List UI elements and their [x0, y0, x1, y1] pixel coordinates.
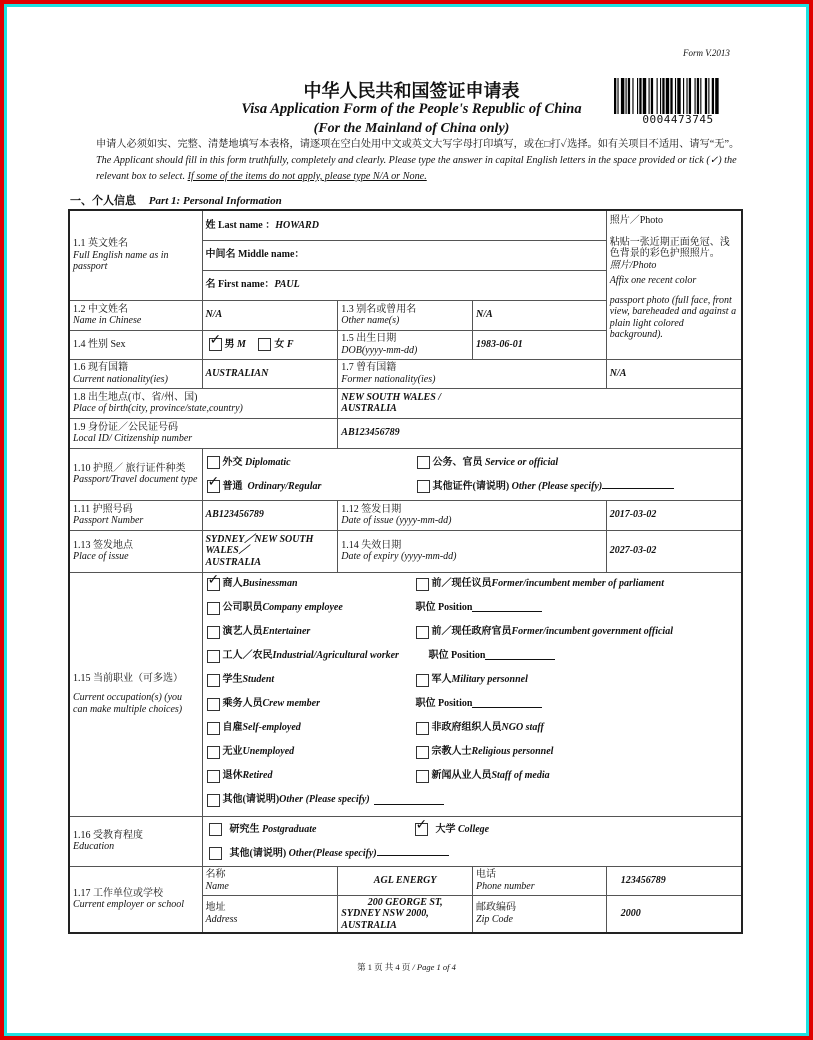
- occupation-option-entertainer[interactable]: 演艺人员 Entertainer: [207, 626, 311, 639]
- photo-label: 照片/Photo: [610, 260, 738, 272]
- employer-name-label: 名称Name: [202, 866, 338, 895]
- local-id-field[interactable]: AB123456789: [338, 418, 742, 448]
- diplomatic-checkbox[interactable]: [207, 456, 220, 469]
- entertainer-checkbox[interactable]: [207, 626, 220, 639]
- employer-label: 1.17 工作单位或学校Current employer or school: [69, 866, 202, 933]
- employer-address-label: 地址Address: [202, 895, 338, 933]
- passport-type-options: 外交 Diplomatic 公务、官员 Service or official …: [202, 448, 742, 500]
- education-other-specify-blank[interactable]: [377, 846, 449, 856]
- date-of-expiry-label: 1.14 失效日期Date of expiry (yyyy-mm-dd): [338, 530, 606, 572]
- other-names-label: 1.3 别名或曾用名Other name(s): [338, 300, 473, 330]
- postgraduate-checkbox[interactable]: [209, 823, 222, 836]
- date-of-issue-field[interactable]: 2017-03-02: [606, 500, 742, 530]
- former-nationality-label: 1.7 曾有国籍Former nationality(ies): [338, 359, 606, 388]
- personal-info-table: 1.1 英文姓名 Full English name as in passpor…: [68, 209, 743, 934]
- occupation-option-religious-personnel[interactable]: 宗教人士 Religious personnel: [416, 746, 554, 759]
- occupation-option-self-employed[interactable]: 自雇 Self-employed: [207, 722, 301, 735]
- instructions: 申请人必须如实、完整、清楚地填写本表格，请逐项在空白处用中文或英文大写字母打印填…: [70, 137, 740, 185]
- unemployed-checkbox[interactable]: [207, 746, 220, 759]
- retired-checkbox[interactable]: [207, 770, 220, 783]
- place-of-issue-label: 1.13 签发地点Place of issue: [69, 530, 202, 572]
- barcode-icon: [614, 78, 742, 114]
- other-doc-checkbox[interactable]: [417, 480, 430, 493]
- occupation-option-unemployed[interactable]: 无业 Unemployed: [207, 746, 295, 759]
- dob-field[interactable]: 1983-06-01: [473, 330, 607, 359]
- employer-address-field[interactable]: 200 GEORGE ST, SYDNEY NSW 2000, AUSTRALI…: [338, 895, 473, 933]
- former-incumbent-member-of-parliament-checkbox[interactable]: [416, 578, 429, 591]
- occupation-option-ngo-staff[interactable]: 非政府组织人员 NGO staff: [416, 722, 544, 735]
- passport-type-service[interactable]: 公务、官员 Service or official: [417, 456, 559, 469]
- occupation-option-staff-of-media[interactable]: 新闻从业人员 Staff of media: [416, 770, 550, 783]
- occupation-option-student[interactable]: 学生 Student: [207, 674, 275, 687]
- local-id-label: 1.9 身份证／公民证号码Local ID/ Citizenship numbe…: [69, 418, 338, 448]
- employer-name-field[interactable]: AGL ENERGY: [338, 866, 473, 895]
- company-employee-checkbox[interactable]: [207, 602, 220, 615]
- ordinary-checkbox[interactable]: [207, 480, 220, 493]
- passport-type-other[interactable]: 其他证件(请说明) Other (Please specify): [417, 479, 675, 493]
- staff-of-media-checkbox[interactable]: [416, 770, 429, 783]
- employer-phone-field[interactable]: 123456789: [606, 866, 742, 895]
- instructions-na-note: If some of the items do not apply, pleas…: [188, 171, 427, 182]
- occupation-options: 商人 Businessman前／现任议员 Former/incumbent me…: [202, 572, 742, 816]
- chinese-name-field[interactable]: N/A: [202, 300, 338, 330]
- sex-options: 男 M 女 F: [202, 330, 338, 359]
- ngo-staff-checkbox[interactable]: [416, 722, 429, 735]
- page-number: 第 1 页 共 4 页 / Page 1 of 4: [0, 961, 813, 973]
- barcode-number: 0004473745: [614, 113, 742, 126]
- crew-member-checkbox[interactable]: [207, 698, 220, 711]
- male-checkbox[interactable]: [209, 338, 222, 351]
- date-of-issue-label: 1.12 签发日期Date of issue (yyyy-mm-dd): [338, 500, 606, 530]
- other-names-field[interactable]: N/A: [473, 300, 607, 330]
- self-employed-checkbox[interactable]: [207, 722, 220, 735]
- instructions-cn: 申请人必须如实、完整、清楚地填写本表格，请逐项在空白处用中文或英文大写字母打印填…: [96, 139, 739, 150]
- position-field[interactable]: 职位 Position: [416, 698, 543, 710]
- position-field[interactable]: 职位 Position: [416, 602, 543, 614]
- occupation-option-company-employee[interactable]: 公司职员 Company employee: [207, 602, 343, 615]
- page-number-cn: 第 1 页 共 4 页: [357, 962, 410, 972]
- sex-female-option[interactable]: 女 F: [248, 339, 293, 350]
- education-postgraduate[interactable]: 研究生 Postgraduate: [209, 823, 415, 836]
- former-nationality-field[interactable]: N/A: [606, 359, 742, 388]
- religious-personnel-checkbox[interactable]: [416, 746, 429, 759]
- full-name-label: 1.1 英文姓名 Full English name as in passpor…: [69, 210, 202, 300]
- businessman-checkbox[interactable]: [207, 578, 220, 591]
- chinese-name-label: 1.2 中文姓名Name in Chinese: [69, 300, 202, 330]
- college-checkbox[interactable]: [415, 823, 428, 836]
- education-other-checkbox[interactable]: [209, 847, 222, 860]
- other-doc-specify-blank[interactable]: [602, 479, 674, 489]
- occupation-option-other-please-specify[interactable]: 其他(请说明) Other (Please specify): [207, 794, 444, 807]
- occupation-option-former-incumbent-government-official[interactable]: 前／现任政府官员 Former/incumbent government off…: [416, 626, 673, 639]
- former-incumbent-government-official-checkbox[interactable]: [416, 626, 429, 639]
- employer-phone-label: 电话Phone number: [473, 866, 607, 895]
- barcode: 0004473745: [614, 78, 742, 126]
- employer-zip-label: 邮政编码Zip Code: [473, 895, 607, 933]
- part1-heading-cn: 一、个人信息: [70, 195, 136, 207]
- place-of-birth-field[interactable]: NEW SOUTH WALES /AUSTRALIA: [338, 388, 742, 418]
- photo-title: 照片／Photo: [610, 215, 738, 227]
- employer-zip-field[interactable]: 2000: [606, 895, 742, 933]
- photo-en-instruction-1: Affix one recent color: [610, 275, 738, 287]
- sex-label: 1.4 性别 Sex: [69, 330, 202, 359]
- part1-heading-en: Part 1: Personal Information: [149, 195, 282, 207]
- occupation-label: 1.15 当前职业（可多选） Current occupation(s) (yo…: [69, 572, 202, 816]
- student-checkbox[interactable]: [207, 674, 220, 687]
- page-number-en: / Page 1 of 4: [412, 962, 455, 972]
- sex-male-option[interactable]: 男 M: [206, 339, 249, 350]
- photo-box[interactable]: 照片／Photo 粘贴一张近期正面免冠、浅色背景的彩色护照照片。 照片/Phot…: [606, 210, 742, 359]
- female-checkbox[interactable]: [258, 338, 271, 351]
- form-version: Form V.2013: [683, 48, 730, 58]
- service-checkbox[interactable]: [417, 456, 430, 469]
- passport-type-label: 1.10 护照／ 旅行证件种类Passport/Travel document …: [69, 448, 202, 500]
- passport-type-ordinary[interactable]: 普通 Ordinary/Regular: [207, 480, 417, 493]
- first-name-field[interactable]: 名 First name：PAUL: [202, 270, 606, 300]
- photo-cn-instruction: 粘贴一张近期正面免冠、浅色背景的彩色护照照片。: [610, 237, 738, 260]
- education-label: 1.16 受教育程度Education: [69, 816, 202, 866]
- place-of-birth-label: 1.8 出生地点(市、省/州、国)Place of birth(city, pr…: [69, 388, 338, 418]
- passport-number-field[interactable]: AB123456789: [202, 500, 338, 530]
- occupation-other-specify-blank[interactable]: [374, 795, 444, 805]
- passport-number-label: 1.11 护照号码Passport Number: [69, 500, 202, 530]
- education-other[interactable]: 其他(请说明) Other(Please specify): [209, 846, 449, 860]
- military-personnel-checkbox[interactable]: [416, 674, 429, 687]
- occupation-option-military-personnel[interactable]: 军人 Military personnel: [416, 674, 528, 687]
- education-options: 研究生 Postgraduate 大学 College 其他(请说明) Othe…: [202, 816, 742, 866]
- other-please-specify-checkbox[interactable]: [207, 794, 220, 807]
- dob-label: 1.5 出生日期DOB(yyyy-mm-dd): [338, 330, 473, 359]
- occupation-option-industrial-agricultural-worker[interactable]: 工人／农民 Industrial/Agricultural worker: [207, 650, 399, 663]
- occupation-option-businessman[interactable]: 商人 Businessman: [207, 578, 298, 591]
- place-of-issue-field[interactable]: SYDNEY／NEW SOUTHWALES／AUSTRALIA: [202, 530, 338, 572]
- education-college[interactable]: 大学 College: [415, 823, 490, 836]
- middle-name-field[interactable]: 中间名 Middle name：: [202, 240, 606, 270]
- current-nationality-field[interactable]: AUSTRALIAN: [202, 359, 338, 388]
- occupation-option-crew-member[interactable]: 乘务人员 Crew member: [207, 698, 321, 711]
- occupation-option-retired[interactable]: 退休 Retired: [207, 770, 273, 783]
- passport-type-diplomatic[interactable]: 外交 Diplomatic: [207, 456, 417, 469]
- current-nationality-label: 1.6 现有国籍Current nationality(ies): [69, 359, 202, 388]
- industrial-agricultural-worker-checkbox[interactable]: [207, 650, 220, 663]
- last-name-field[interactable]: 姓 Last name ：HOWARD: [202, 210, 606, 240]
- position-field[interactable]: 职位 Position: [429, 650, 556, 662]
- occupation-option-former-incumbent-member-of-parliament[interactable]: 前／现任议员 Former/incumbent member of parlia…: [416, 578, 665, 591]
- photo-en-instruction-2: passport photo (full face, front view, b…: [610, 295, 738, 341]
- part1-heading: 一、个人信息 Part 1: Personal Information: [70, 192, 282, 208]
- date-of-expiry-field[interactable]: 2027-03-02: [606, 530, 742, 572]
